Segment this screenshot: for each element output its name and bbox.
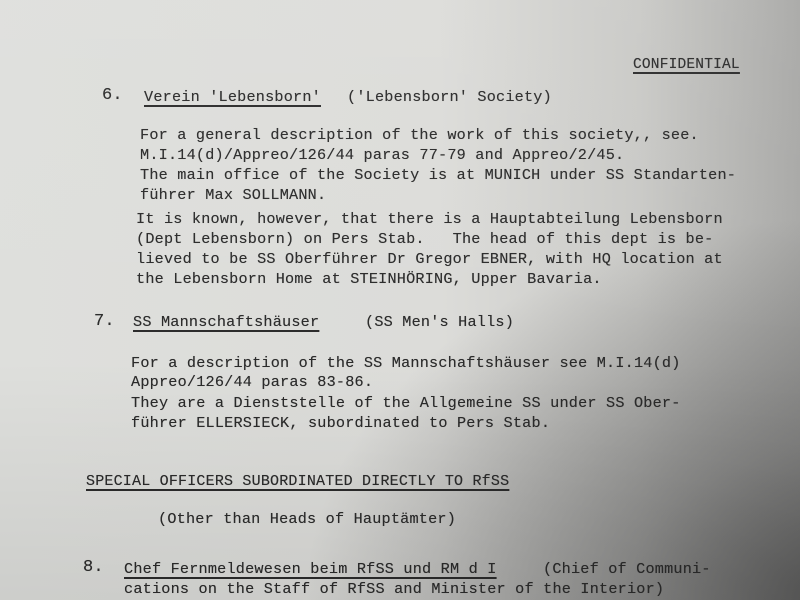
item-6-translation: ('Lebensborn' Society) (347, 88, 552, 106)
item-6-paragraph-1-line: führer Max SOLLMANN. (140, 186, 326, 204)
item-6-paragraph-1-line: M.I.14(d)/Appreo/126/44 paras 77-79 and … (140, 146, 624, 164)
classification-marking: CONFIDENTIAL (633, 57, 740, 73)
item-6-paragraph-1-line: For a general description of the work of… (140, 126, 699, 144)
item-6-paragraph-1-line: The main office of the Society is at MUN… (140, 166, 736, 184)
item-6-paragraph-2-line: the Lebensborn Home at STEINHÖRING, Uppe… (136, 270, 602, 288)
section-subheading: (Other than Heads of Hauptämter) (158, 510, 456, 528)
item-6-paragraph-2-line: It is known, however, that there is a Ha… (136, 210, 723, 228)
item-8-number: 8. (83, 558, 104, 577)
section-heading: SPECIAL OFFICERS SUBORDINATED DIRECTLY T… (86, 473, 509, 490)
item-6-paragraph-2-line: (Dept Lebensborn) on Pers Stab. The head… (136, 230, 713, 248)
item-7-paragraph-line: For a description of the SS Mannschaftsh… (131, 354, 681, 372)
item-8-translation: (Chief of Communi- (543, 560, 711, 578)
item-7-title: SS Mannschaftshäuser (133, 313, 319, 331)
item-6-paragraph-2-line: lieved to be SS Oberführer Dr Gregor EBN… (136, 250, 723, 268)
item-6-title: Verein 'Lebensborn' (144, 88, 321, 106)
document-page: CONFIDENTIAL 6. Verein 'Lebensborn' ('Le… (0, 0, 800, 600)
item-7-paragraph-line: They are a Dienststelle of the Allgemein… (131, 394, 681, 412)
item-7-number: 7. (94, 312, 115, 331)
item-8-translation-continuation: cations on the Staff of RfSS and Ministe… (124, 580, 664, 598)
item-7-translation: (SS Men's Halls) (365, 313, 514, 331)
item-7-paragraph-line: führer ELLERSIECK, subordinated to Pers … (131, 414, 550, 432)
item-7-paragraph-line: Appreo/126/44 paras 83-86. (131, 373, 373, 391)
item-8-title: Chef Fernmeldewesen beim RfSS und RM d I (124, 560, 497, 578)
item-6-number: 6. (102, 86, 123, 105)
